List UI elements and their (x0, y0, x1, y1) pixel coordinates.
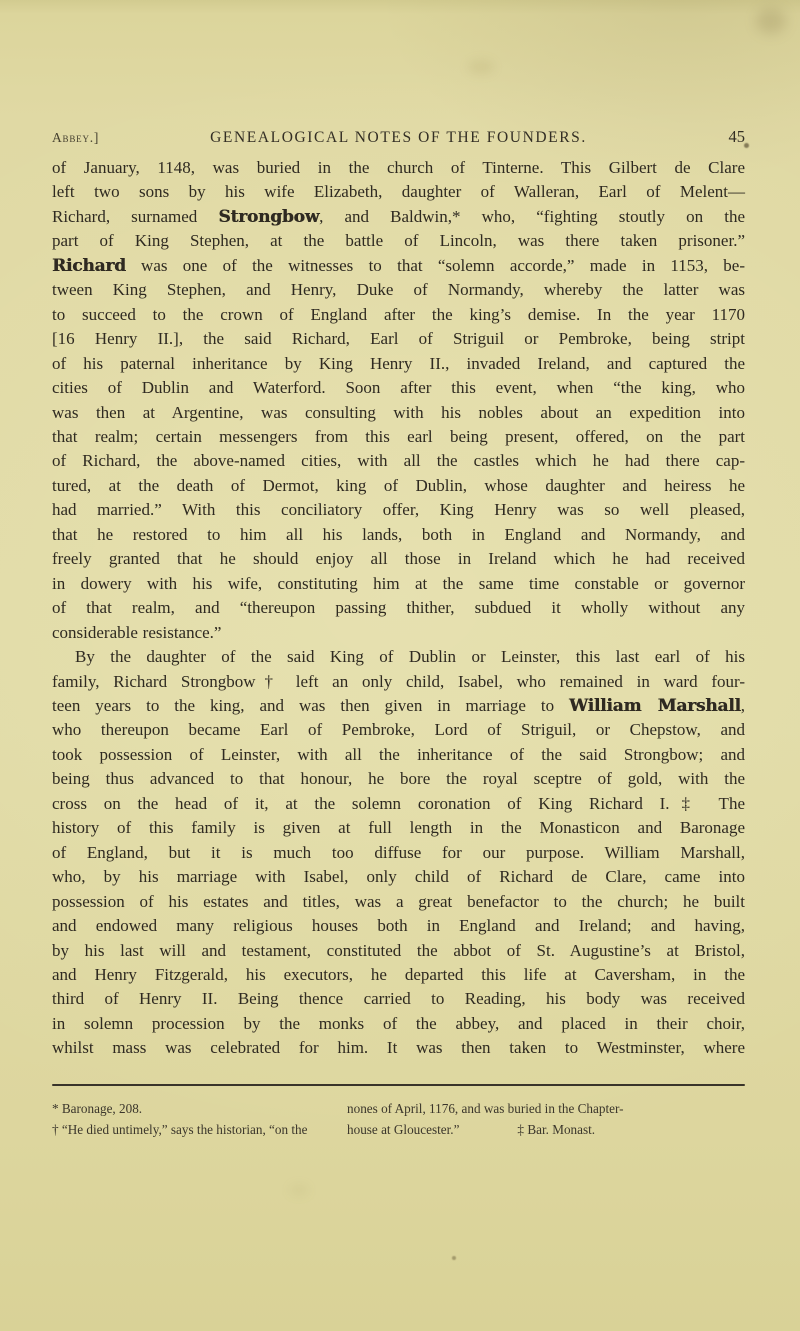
text-line: who, by his marriage with Isabel, only c… (52, 865, 745, 889)
text-line: left two sons by his wife Elizabeth, dau… (52, 180, 745, 204)
text-run: [16 Henry II.], the said Richard, Earl o… (52, 329, 745, 348)
text-line: to succeed to the crown of England after… (52, 303, 745, 327)
text-run: and endowed many religious houses both i… (52, 916, 745, 935)
footnote-died-untimely: † “He died untimely,” says the historian… (52, 1120, 347, 1141)
text-run: of that realm, and “thereupon passing th… (52, 598, 745, 617)
text-line: tween King Stephen, and Henry, Duke of N… (52, 278, 745, 302)
text-line: being thus advanced to that honour, he b… (52, 767, 745, 791)
text-line: third of Henry II. Being thence carried … (52, 987, 745, 1011)
footnote-row: house at Gloucester.” ‡ Bar. Monast. (347, 1120, 745, 1141)
text-run: , (741, 696, 745, 715)
paper-smudge (756, 8, 786, 34)
text-run: tured, at the death of Dermot, king of D… (52, 476, 745, 495)
footnotes: * Baronage, 208. † “He died untimely,” s… (52, 1099, 745, 1140)
text-run: being thus advanced to that honour, he b… (52, 769, 745, 788)
text-line: who thereupon became Earl of Pembroke, L… (52, 718, 745, 742)
text-run: cities of Dublin and Waterford. Soon aft… (52, 378, 745, 397)
text-run: in solemn procession by the monks of the… (52, 1014, 745, 1033)
text-line: cities of Dublin and Waterford. Soon aft… (52, 376, 745, 400)
text-line: of January, 1148, was buried in the chur… (52, 156, 745, 180)
text-run: of January, 1148, was buried in the chur… (52, 158, 745, 177)
text-run: that realm; certain messengers from this… (52, 427, 745, 446)
text-run: third of Henry II. Being thence carried … (52, 989, 745, 1008)
text-line: whilst mass was celebrated for him. It w… (52, 1036, 745, 1060)
paper-speck (452, 1256, 456, 1260)
text-run: Richard, surnamed (52, 207, 218, 226)
text-run: that he restored to him all his lands, b… (52, 525, 745, 544)
text-run: part of King Stephen, at the battle of L… (52, 231, 745, 250)
paper-smudge (290, 1185, 308, 1195)
text-line: [16 Henry II.], the said Richard, Earl o… (52, 327, 745, 351)
text-run: possession of his estates and titles, wa… (52, 892, 745, 911)
text-run: teen years to the king, and was then giv… (52, 696, 569, 715)
text-run: left two sons by his wife Elizabeth, dau… (52, 182, 745, 201)
footnote-divider (52, 1084, 745, 1086)
text-run: considerable resistance.” (52, 623, 221, 642)
page-number: 45 (587, 127, 745, 147)
footnote-bar-monast: ‡ Bar. Monast. (517, 1120, 595, 1141)
book-page: Abbey.] GENEALOGICAL NOTES OF THE FOUNDE… (0, 0, 800, 1331)
text-line: teen years to the king, and was then giv… (52, 694, 745, 718)
blackletter-name: William Marshall (569, 696, 741, 716)
text-line: of that realm, and “thereupon passing th… (52, 596, 745, 620)
text-line: of Richard, the above-named cities, with… (52, 449, 745, 473)
footnote-column-right: nones of April, 1176, and was buried in … (347, 1099, 745, 1140)
text-line: tured, at the death of Dermot, king of D… (52, 474, 745, 498)
text-run: of Richard, the above-named cities, with… (52, 451, 745, 470)
text-run: history of this family is given at full … (52, 818, 745, 837)
body-text: of January, 1148, was buried in the chur… (52, 156, 745, 1061)
text-run: had married.” With this conciliatory off… (52, 500, 745, 519)
running-header: Abbey.] GENEALOGICAL NOTES OF THE FOUNDE… (52, 0, 745, 147)
text-run: tween King Stephen, and Henry, Duke of N… (52, 280, 745, 299)
text-line: was then at Argentine, was consulting wi… (52, 401, 745, 425)
text-line: freely granted that he should enjoy all … (52, 547, 745, 571)
text-line: took possession of Leinster, with all th… (52, 743, 745, 767)
text-line: by his last will and testament, constitu… (52, 939, 745, 963)
text-run: whilst mass was celebrated for him. It w… (52, 1038, 745, 1057)
running-title-left: Abbey.] (52, 130, 210, 146)
text-line: of England, but it is much too diffuse f… (52, 841, 745, 865)
text-run: of his paternal inheritance by King Henr… (52, 354, 745, 373)
text-run: took possession of Leinster, with all th… (52, 745, 745, 764)
text-line: possession of his estates and titles, wa… (52, 890, 745, 914)
text-run: By the daughter of the said King of Dubl… (75, 647, 745, 666)
text-run: who, by his marriage with Isabel, only c… (52, 867, 745, 886)
text-line: had married.” With this conciliatory off… (52, 498, 745, 522)
text-run: by his last will and testament, constitu… (52, 941, 745, 960)
paragraph: By the daughter of the said King of Dubl… (52, 645, 745, 1061)
text-line: of his paternal inheritance by King Henr… (52, 352, 745, 376)
text-line: that realm; certain messengers from this… (52, 425, 745, 449)
footnote-nones-of-april: nones of April, 1176, and was buried in … (347, 1099, 745, 1120)
text-line: family, Richard Strongbow† left an only … (52, 670, 745, 694)
blackletter-name: Strongbow (218, 207, 319, 227)
paragraph: of January, 1148, was buried in the chur… (52, 156, 745, 645)
text-run: to succeed to the crown of England after… (52, 305, 745, 324)
text-line: Richard, surnamed Strongbow, and Baldwin… (52, 205, 745, 229)
text-run: family, Richard Strongbow† left an only … (52, 672, 745, 691)
text-run: freely granted that he should enjoy all … (52, 549, 745, 568)
text-run: , and Baldwin,* who, “fighting stoutly o… (319, 207, 745, 226)
text-line: Richard was one of the witnesses to that… (52, 254, 745, 278)
text-line: and Henry Fitzgerald, his executors, he … (52, 963, 745, 987)
text-run: cross on the head of it, at the solemn c… (52, 794, 745, 813)
text-line: in solemn procession by the monks of the… (52, 1012, 745, 1036)
text-line: and endowed many religious houses both i… (52, 914, 745, 938)
text-run: in dowery with his wife, constituting hi… (52, 574, 745, 593)
text-line: that he restored to him all his lands, b… (52, 523, 745, 547)
running-title-center: GENEALOGICAL NOTES OF THE FOUNDERS. (210, 129, 587, 147)
text-run: of England, but it is much too diffuse f… (52, 843, 745, 862)
text-run: was one of the witnesses to that “solemn… (126, 256, 745, 275)
text-line: cross on the head of it, at the solemn c… (52, 792, 745, 816)
text-line: part of King Stephen, at the battle of L… (52, 229, 745, 253)
text-line: history of this family is given at full … (52, 816, 745, 840)
text-line: in dowery with his wife, constituting hi… (52, 572, 745, 596)
footnote-gloucester: house at Gloucester.” (347, 1120, 459, 1141)
text-line: considerable resistance.” (52, 621, 745, 645)
text-run: who thereupon became Earl of Pembroke, L… (52, 720, 745, 739)
text-run: was then at Argentine, was consulting wi… (52, 403, 745, 422)
text-run: and Henry Fitzgerald, his executors, he … (52, 965, 745, 984)
blackletter-name: Richard (52, 256, 126, 276)
text-line: By the daughter of the said King of Dubl… (52, 645, 745, 669)
footnote-baronage: * Baronage, 208. (52, 1099, 347, 1120)
footnote-column-left: * Baronage, 208. † “He died untimely,” s… (52, 1099, 347, 1140)
